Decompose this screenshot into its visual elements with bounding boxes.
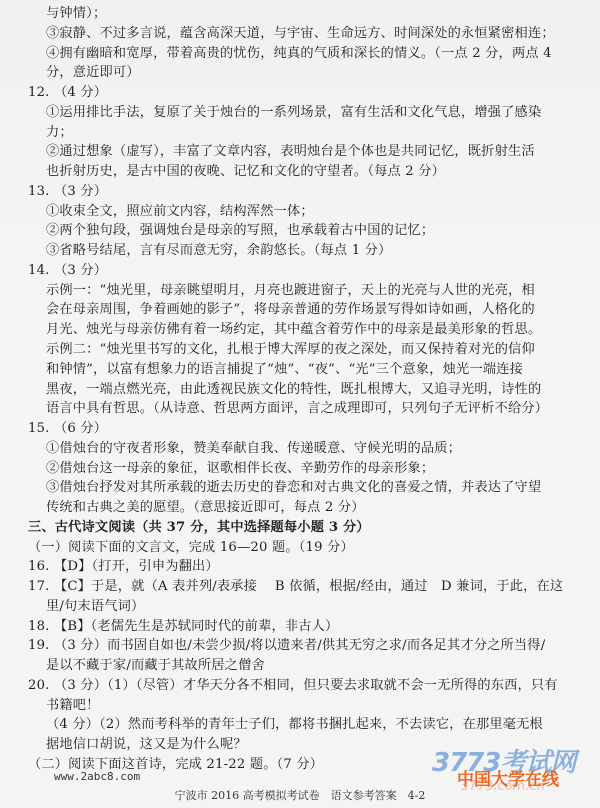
watermark-subtitle: 中国大学在线 [457, 765, 559, 790]
text-line: 14. （3 分） [28, 263, 107, 279]
text-line: 与钟情）； [46, 6, 106, 22]
text-line: 19. （3 分）而书固自如也/未尝少损/将以遗来者/供其无穷之求/而各足其才分… [28, 638, 545, 654]
text-line: ③借烛台抒发对其所承载的逝去历史的眷恋和对古典文化的喜爱之情，并表达了守望 [46, 480, 541, 496]
text-line: 18. 【B】（老儒先生是苏轼同时代的前辈，非古人） [28, 619, 338, 635]
source-url: www.2abc8.com [54, 770, 140, 783]
text-line: ②借烛台这一母亲的象征，讴歌相伴长夜、辛勤劳作的母亲形象； [46, 461, 434, 477]
text-line: 黑夜，一端点燃光亮，由此透视民族文化的特性，既扎根博大，又追寻光明，诗性的 [46, 382, 541, 398]
text-line: ③省略号结尾，言有尽而意无穷，余韵悠长。（每点 1 分） [46, 243, 391, 259]
text-line: ②通过想象（虚写），丰富了文章内容，表明烛台是个体也是共同记忆，既折射生活 [46, 144, 535, 160]
text-line: 据地信口胡说，这又是为什么呢？ [46, 737, 247, 753]
text-line: ①收束全文，照应前文内容，结构浑然一体； [46, 204, 314, 220]
text-line: ①运用排比手法，复原了关于烛台的一系列场景，富有生活和文化气息，增强了感染 [46, 105, 541, 121]
text-line: 传统和古典之美的愿望。（意思接近即可，每点 2 分） [46, 500, 365, 516]
text-line: 里/句末语气词） [46, 599, 144, 615]
text-line: 书籍吧！ [46, 698, 100, 714]
text-line: 力； [46, 125, 73, 141]
section-heading: 三、古代诗文阅读（共 37 分，其中选择题每小题 3 分） [28, 520, 370, 536]
answer-key-page: 与钟情）；③寂静、不过多言说，蕴含高深天道，与宇宙、生命远方、时间深处的永恒紧密… [0, 0, 600, 808]
text-line: （4 分）（2）然而考科举的青年士子们，都将书捆扎起来，不去读它，在那里毫无根 [46, 717, 543, 733]
text-line: 语言中具有哲思。（从诗意、哲思两方面评，言之成理即可，只列句子无评析不给分） [46, 401, 548, 417]
text-line: 20. （3 分）（1）（尽管）才华天分各不相同，但只要去求取就不会一无所得的东… [28, 678, 558, 694]
text-line: 分，意近即可） [46, 65, 140, 81]
text-line: 示例一：“烛光里，母亲眺望明月，月亮也踱进窗子，天上的光亮与人世的光亮，相 [46, 283, 535, 299]
text-line: ④拥有幽暗和宽厚，带着高贵的忧伤，纯真的气质和深长的情义。（一点 2 分，两点 … [46, 46, 552, 62]
text-line: ①借烛台的守夜者形象，赞美奉献自我、传递暖意、守候光明的品质； [46, 441, 461, 457]
text-line: 17. 【C】于是，就（A 表并列/表承接 B 依循，根据/经由，通过 D 兼词… [28, 579, 563, 595]
text-line: 月光、烛光与母亲仿佛有着一场约定，其中蕴含着劳作中的母亲是最美形象的哲思。 [46, 322, 541, 338]
text-line: ②两个独句段，强调烛台是母亲的写照，也承载着古中国的记忆； [46, 223, 434, 239]
text-line: 16. 【D】（打开，引申为翻出） [28, 559, 219, 575]
text-line: 会在母亲周围，争着画她的影子”，将母亲普通的劳作场景写得如诗如画，人格化的 [46, 302, 535, 318]
text-line: 是以不藏于家/而藏于其故所居之僧舍 [46, 658, 265, 674]
text-line: 也折射历史，是古中国的夜晚、记忆和文化的守望者。（每点 2 分） [46, 164, 445, 180]
text-line: （一）阅读下面的文言文，完成 16—20 题。（19 分） [28, 540, 354, 556]
text-line: 示例二：“烛光里书写的文化，扎根于博大浑厚的夜之深处，而又保持着对光的信仰 [46, 342, 535, 358]
text-line: 12. （4 分） [28, 85, 107, 101]
text-line: ③寂静、不过多言说，蕴含高深天道，与宇宙、生命远方、时间深处的永恒紧密相连； [46, 26, 555, 42]
text-line: 13. （3 分） [28, 184, 107, 200]
text-line: 15. （6 分） [28, 421, 107, 437]
text-line: 和钟情”，以富有想象力的语言捕捉了“烛”、“夜”、“光”三个意象，烛光一端连接 [46, 362, 523, 378]
